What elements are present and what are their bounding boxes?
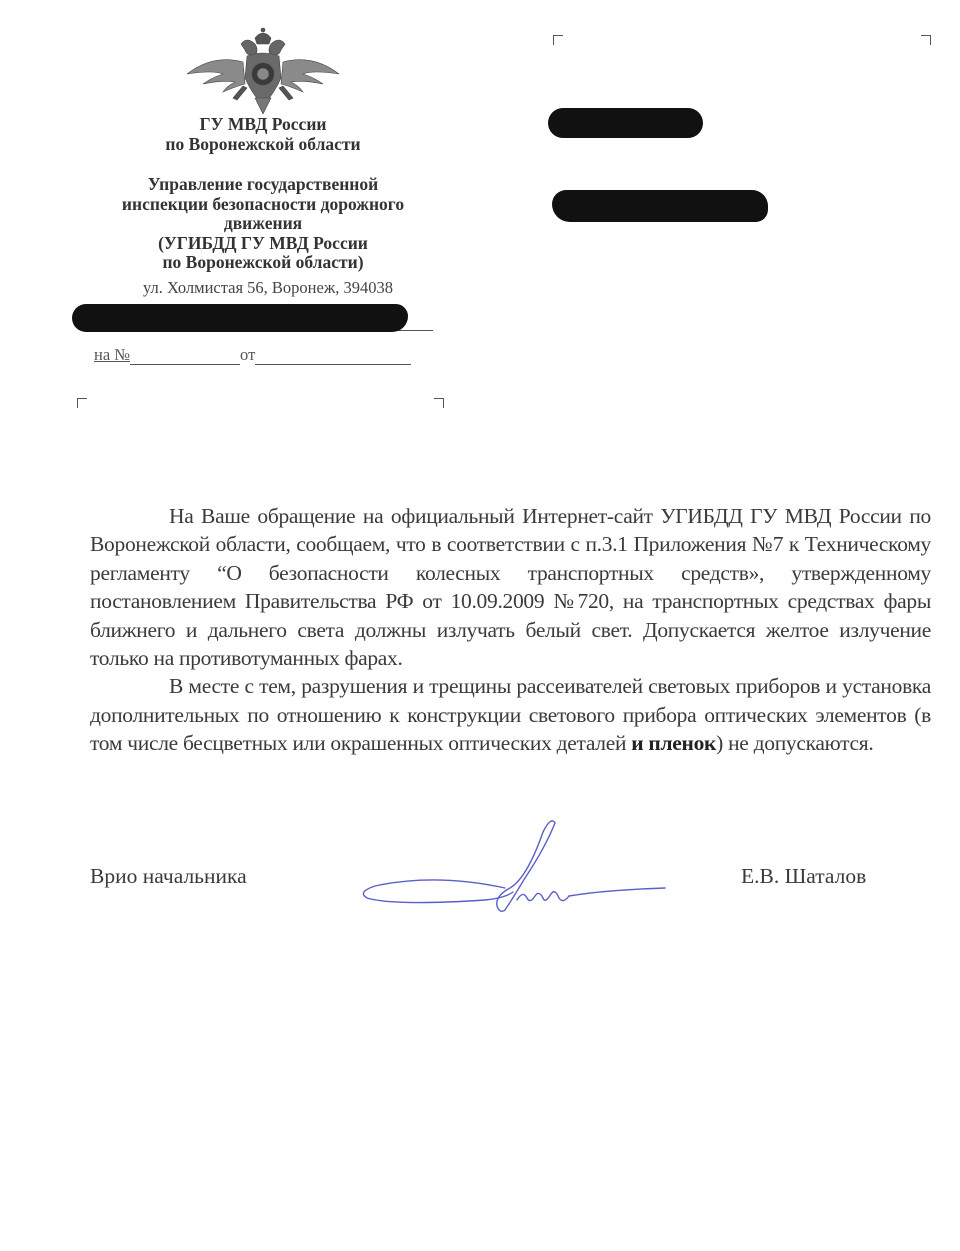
letter-body: На Ваше обращение на официальный Интерне…	[90, 502, 931, 758]
dept-line2: инспекции безопасности дорожного	[70, 195, 456, 215]
body-paragraph-2-end: ) не допускаются.	[716, 731, 873, 755]
letterhead-address: ул. Холмистая 56, Воронеж, 394038	[70, 278, 466, 298]
dept-line3: движения	[70, 214, 456, 234]
corner-mark-recipient-right	[921, 35, 931, 45]
redaction-recipient-address	[552, 190, 768, 222]
reference-number-blank	[130, 350, 240, 365]
dept-line4: (УГИБДД ГУ МВД России	[70, 234, 456, 254]
reference-date-label: от	[240, 345, 255, 365]
dept-line1: Управление государственной	[70, 175, 456, 195]
redaction-recipient-name	[548, 108, 703, 138]
dept-line5: по Воронежской области)	[70, 253, 456, 273]
reference-date-blank	[255, 350, 411, 365]
org-name-line1: ГУ МВД России	[70, 115, 456, 135]
org-name-line2: по Воронежской области	[70, 135, 456, 155]
reference-line: на № от	[94, 345, 411, 365]
body-paragraph-2: В месте с тем, разрушения и трещины расс…	[90, 672, 931, 757]
body-paragraph-2-bold: и пленок	[631, 731, 716, 755]
handwritten-signature-icon	[355, 818, 675, 918]
mvd-emblem-icon	[183, 26, 343, 114]
signatory-name: Е.В. Шаталов	[741, 864, 866, 889]
letterhead-organization: ГУ МВД России по Воронежской области	[70, 115, 456, 154]
reference-number-label: на №	[94, 345, 130, 365]
corner-mark-recipient-left	[553, 35, 563, 45]
body-paragraph-1: На Ваше обращение на официальный Интерне…	[90, 502, 931, 672]
corner-mark-top-right	[434, 398, 444, 408]
letterhead-department: Управление государственной инспекции без…	[70, 175, 456, 273]
redaction-outgoing-ref	[72, 304, 408, 332]
corner-mark-top-left	[77, 398, 87, 408]
signatory-title: Врио начальника	[90, 864, 247, 889]
